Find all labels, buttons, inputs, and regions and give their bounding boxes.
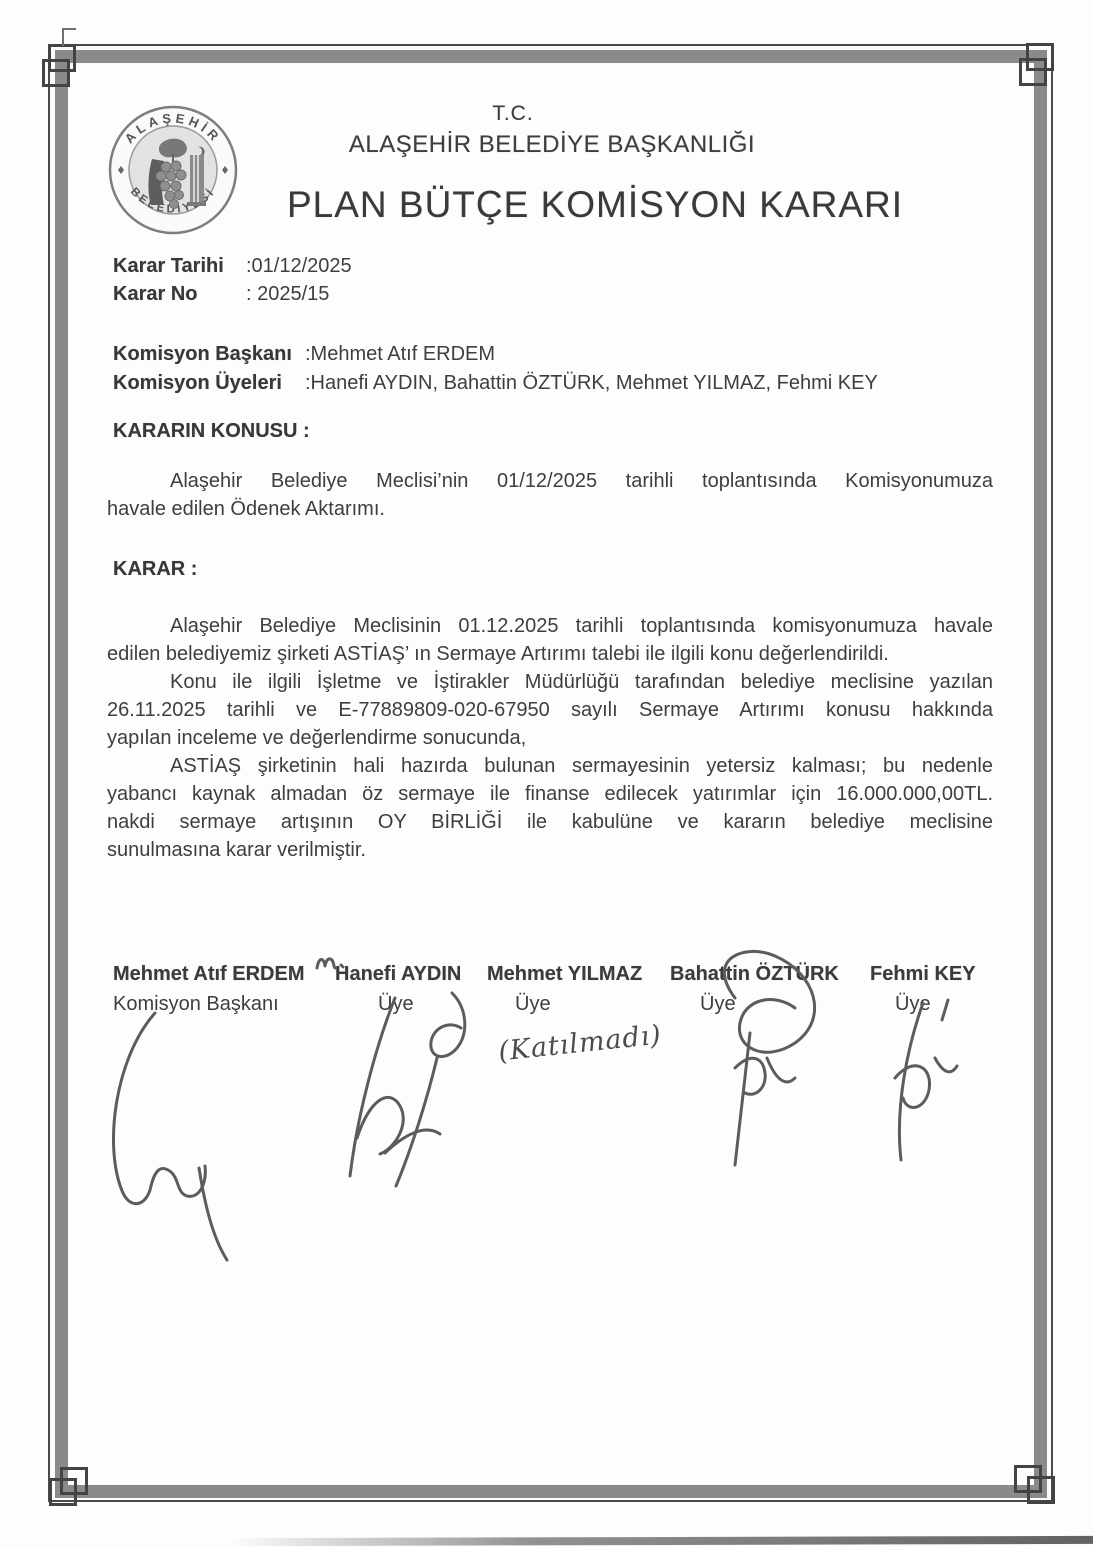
commission-chairman-label: Komisyon Başkanı bbox=[113, 340, 305, 369]
commission-chairman-row: Komisyon Başkanı:Mehmet Atıf ERDEM bbox=[113, 340, 878, 369]
decision-heading: KARAR : bbox=[113, 558, 197, 581]
decision-line: sunulmasına karar verilmiştir. bbox=[107, 836, 993, 864]
decision-line: 26.11.2025 tarihli ve E-77889809-020-679… bbox=[107, 696, 993, 724]
commission-members-label: Komisyon Üyeleri bbox=[113, 369, 305, 398]
decision-line: nakdi sermaye artışının OY BİRLİĞİ ile k… bbox=[107, 808, 993, 836]
commission-chairman-value: :Mehmet Atıf ERDEM bbox=[305, 343, 495, 365]
scanned-document-page: ALAŞEHİR BELEDİYESİ bbox=[0, 0, 1093, 1547]
commission-members-row: Komisyon Üyeleri:Hanefi AYDIN, Bahattin … bbox=[113, 369, 878, 398]
commission-members-value: :Hanefi AYDIN, Bahattin ÖZTÜRK, Mehmet Y… bbox=[305, 372, 878, 394]
paraph-mark-icon bbox=[317, 959, 343, 968]
header-authority: ALAŞEHİR BELEDİYE BAŞKANLIĞI bbox=[52, 131, 1052, 159]
decision-line: ASTİAŞ şirketinin hali hazırda bulunan s… bbox=[107, 752, 993, 780]
page-title: PLAN BÜTÇE KOMİSYON KARARI bbox=[95, 184, 1093, 226]
corner-ornament-tr-2 bbox=[1019, 58, 1047, 86]
handwritten-signatures-layer bbox=[95, 938, 1000, 1268]
corner-ornament-bl-2 bbox=[60, 1467, 88, 1495]
signature-ozturk-icon bbox=[724, 951, 814, 1165]
subject-paragraph: Alaşehir Belediye Meclisi’nin 01/12/2025… bbox=[107, 467, 993, 523]
header-country: T.C. bbox=[13, 102, 1013, 126]
meta-date-label: Karar Tarihi bbox=[113, 252, 246, 280]
decision-line: yabancı kaynak almadan öz sermaye ile fi… bbox=[107, 780, 993, 808]
decision-meta: Karar Tarihi:01/12/2025 Karar No: 2025/1… bbox=[113, 252, 352, 308]
meta-number-value: : 2025/15 bbox=[246, 283, 329, 305]
scan-artifact-bottom bbox=[228, 1536, 1093, 1546]
scan-artifact-topleft-h bbox=[62, 28, 76, 30]
decision-line: edilen belediyemiz şirketi ASTİAŞ’ ın Se… bbox=[107, 640, 993, 668]
meta-date-value: :01/12/2025 bbox=[246, 255, 352, 277]
meta-row-number: Karar No: 2025/15 bbox=[113, 280, 352, 308]
scan-artifact-topleft-v bbox=[62, 28, 64, 46]
decision-line: Konu ile ilgili İşletme ve İştirakler Mü… bbox=[107, 668, 993, 696]
signature-aydin-icon bbox=[350, 993, 465, 1186]
subject-line: havale edilen Ödenek Aktarımı. bbox=[107, 495, 993, 523]
subject-line: Alaşehir Belediye Meclisi’nin 01/12/2025… bbox=[107, 467, 993, 495]
subject-heading: KARARIN KONUSU : bbox=[113, 420, 310, 443]
decision-line: Alaşehir Belediye Meclisinin 01.12.2025 … bbox=[107, 612, 993, 640]
decision-line: yapılan inceleme ve değerlendirme sonucu… bbox=[107, 724, 993, 752]
signature-erdem-icon bbox=[113, 1013, 227, 1260]
corner-ornament-br-2 bbox=[1014, 1465, 1042, 1493]
signature-key-icon bbox=[895, 1000, 957, 1160]
commission-info: Komisyon Başkanı:Mehmet Atıf ERDEM Komis… bbox=[113, 340, 878, 398]
decision-body: Alaşehir Belediye Meclisinin 01.12.2025 … bbox=[107, 612, 993, 864]
meta-row-date: Karar Tarihi:01/12/2025 bbox=[113, 252, 352, 280]
meta-number-label: Karar No bbox=[113, 280, 246, 308]
corner-ornament-tl-2 bbox=[42, 59, 70, 87]
